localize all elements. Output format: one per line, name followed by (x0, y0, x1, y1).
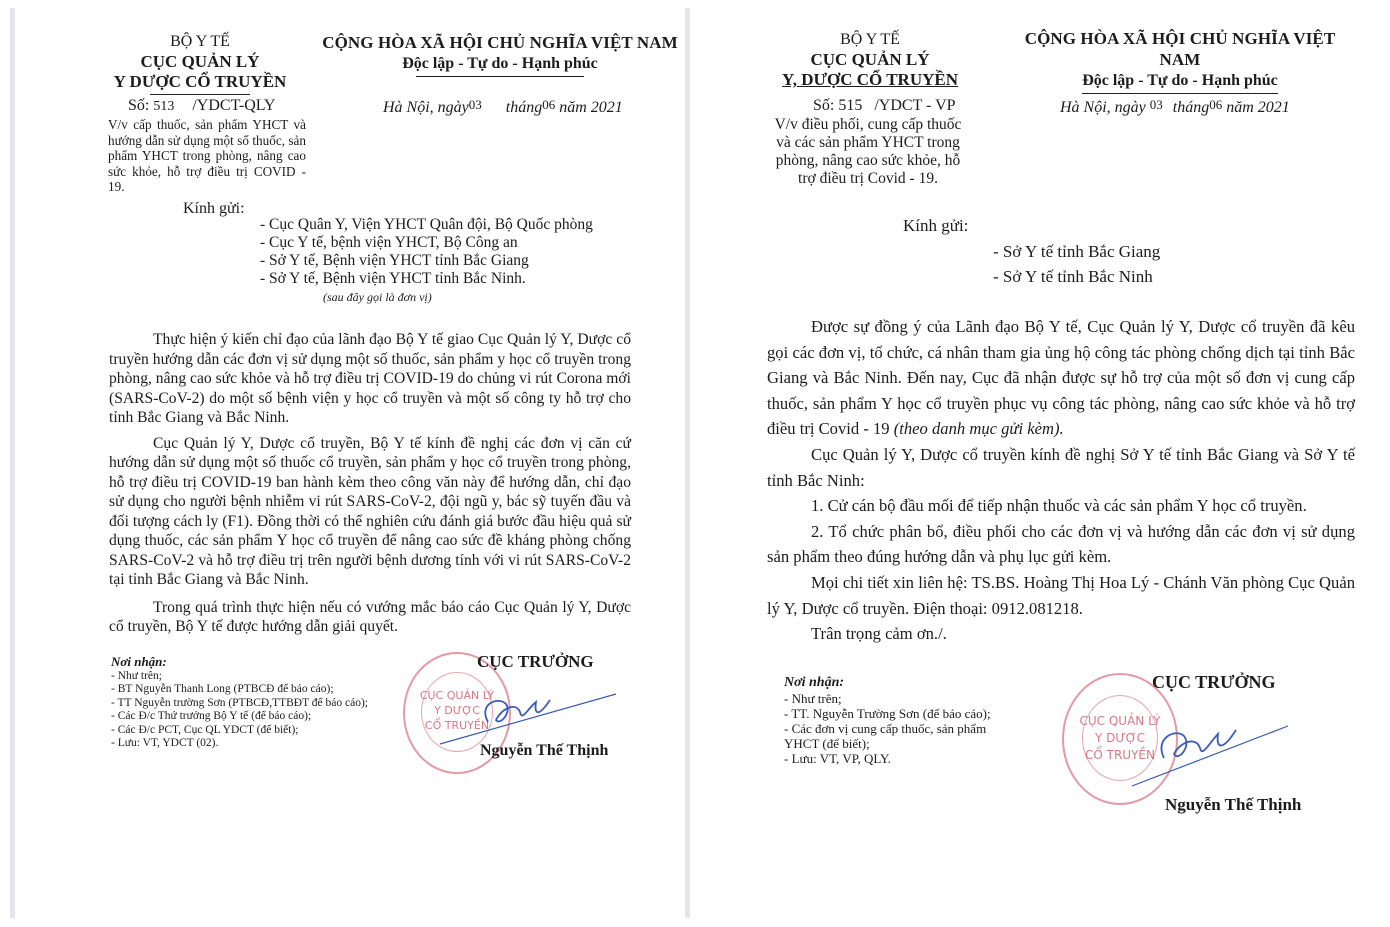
receiver: - Các Đ/c PCT, Cục QL YDCT (để biết); (111, 724, 411, 737)
nation-underline (1082, 93, 1278, 94)
issuing-org: BỘ Y TẾ CỤC QUẢN LÝ Y DƯỢC CỔ TRUYỀN (100, 32, 300, 95)
nation-title: CỘNG HÒA XÃ HỘI CHỦ NGHĨA VIỆT NAM (1005, 28, 1355, 70)
org-department-name: Y DƯỢC CỔ TRUYỀN (100, 72, 300, 92)
receivers-list: - Như trên; - TT. Nguyễn Trường Sơn (để … (784, 691, 1014, 766)
recipient: - Sở Y tế tỉnh Bắc Giang (993, 239, 1160, 264)
handwritten-signature (1102, 712, 1292, 792)
receiver: - BT Nguyễn Thanh Long (PTBCĐ để báo cáo… (111, 683, 411, 696)
receivers-list: - Như trên; - BT Nguyễn Thanh Long (PTBC… (111, 670, 411, 750)
receiver: - Lưu: VT, YDCT (02). (111, 737, 411, 750)
recipient: - Cục Y tế, bệnh viện YHCT, Bộ Công an (260, 234, 593, 252)
recipient: - Sở Y tế, Bệnh viện YHCT tỉnh Bắc Ninh. (260, 270, 593, 288)
nation-motto: Độc lập - Tự do - Hạnh phúc (1005, 70, 1355, 91)
document-513: BỘ Y TẾ CỤC QUẢN LÝ Y DƯỢC CỔ TRUYỀN CỘN… (15, 0, 685, 927)
recipient-list: - Cục Quân Y, Viện YHCT Quân đội, Bộ Quố… (260, 216, 593, 288)
issuing-org: BỘ Y TẾ CỤC QUẢN LÝ Y, DƯỢC CỔ TRUYỀN (760, 30, 980, 90)
national-header: CỘNG HÒA XÃ HỘI CHỦ NGHĨA VIỆT NAM Độc l… (315, 32, 685, 77)
document-515: BỘ Y TẾ CỤC QUẢN LÝ Y, DƯỢC CỔ TRUYỀN CỘ… (690, 0, 1390, 927)
body-paragraph: Mọi chi tiết xin liên hệ: TS.BS. Hoàng T… (767, 570, 1355, 621)
greeting: Kính gửi: (903, 216, 968, 236)
body-paragraph: Cục Quản lý Y, Dược cổ truyền kính đề ng… (767, 442, 1355, 493)
body-closing: Trân trọng cảm ơn./. (767, 621, 1355, 647)
recipient: - Cục Quân Y, Viện YHCT Quân đội, Bộ Quố… (260, 216, 593, 234)
signer-name: Nguyễn Thế Thịnh (1165, 795, 1301, 815)
recipient: - Sở Y tế, Bệnh viện YHCT tỉnh Bắc Giang (260, 252, 593, 270)
body-paragraph: Thực hiện ý kiến chỉ đạo của lãnh đạo Bộ… (109, 330, 631, 428)
signer-title: CỤC TRƯỞNG (1152, 672, 1276, 693)
body-paragraph: Cục Quản lý Y, Dược cổ truyền, Bộ Y tế k… (109, 434, 631, 590)
document-subject: V/v điều phối, cung cấp thuốc và các sản… (768, 116, 968, 188)
body-list-item: 1. Cử cán bộ đầu mối để tiếp nhận thuốc … (767, 493, 1355, 519)
org-underline (150, 94, 250, 95)
receiver: - Như trên; (784, 691, 1014, 706)
body-paragraph: Trong quá trình thực hiện nếu có vướng m… (109, 598, 631, 637)
receivers-title: Nơi nhận: (111, 654, 411, 670)
receiver: - Các Đ/c Thứ trưởng Bộ Y tế (để báo cáo… (111, 710, 411, 723)
org-ministry: BỘ Y TẾ (100, 32, 300, 52)
national-header: CỘNG HÒA XÃ HỘI CHỦ NGHĨA VIỆT NAM Độc l… (1005, 28, 1355, 94)
receivers-block: Nơi nhận: - Như trên; - BT Nguyễn Thanh … (111, 654, 411, 750)
receiver: - TT. Nguyễn Trường Sơn (để báo cáo); (784, 706, 1014, 721)
recipient: - Sở Y tế tỉnh Bắc Ninh (993, 264, 1160, 289)
org-ministry: BỘ Y TẾ (760, 30, 980, 50)
receiver: - Các đơn vị cung cấp thuốc, sản phẩm YH… (784, 721, 1014, 751)
document-number: Số: 513 /YDCT-QLY (128, 97, 275, 115)
body-list-item: 2. Tổ chức phân bổ, điều phối cho các đơ… (767, 519, 1355, 570)
signer-name: Nguyễn Thế Thịnh (480, 742, 608, 760)
document-subject: V/v cấp thuốc, sản phẩm YHCT và hướng dẫ… (108, 117, 306, 195)
receiver: - Lưu: VT, VP, QLY. (784, 751, 1014, 766)
org-department: CỤC QUẢN LÝ (100, 52, 300, 72)
nation-motto: Độc lập - Tự do - Hạnh phúc (315, 53, 685, 74)
greeting: Kính gửi: (183, 200, 245, 218)
signer-title: CỤC TRƯỞNG (477, 652, 594, 672)
document-date: Hà Nội, ngày03 tháng06 năm 2021 (383, 97, 623, 117)
document-body: Được sự đồng ý của Lãnh đạo Bộ Y tế, Cục… (767, 314, 1355, 647)
receivers-title: Nơi nhận: (784, 675, 1014, 691)
document-date: Hà Nội, ngày 03 tháng06 năm 2021 (1060, 97, 1290, 117)
recipients-note: (sau đây gọi là đơn vị) (323, 290, 432, 305)
org-department-name: Y, DƯỢC CỔ TRUYỀN (760, 70, 980, 90)
nation-title: CỘNG HÒA XÃ HỘI CHỦ NGHĨA VIỆT NAM (315, 32, 685, 53)
recipient-list: - Sở Y tế tỉnh Bắc Giang - Sở Y tế tỉnh … (993, 239, 1160, 289)
org-department: CỤC QUẢN LÝ (760, 50, 980, 70)
receivers-block: Nơi nhận: - Như trên; - TT. Nguyễn Trườn… (784, 675, 1014, 766)
nation-underline (416, 76, 584, 77)
document-number: Số: 515 /YDCT - VP (813, 97, 956, 115)
document-body: Thực hiện ý kiến chỉ đạo của lãnh đạo Bộ… (109, 330, 631, 637)
receiver: - Như trên; (111, 670, 411, 683)
body-paragraph: Được sự đồng ý của Lãnh đạo Bộ Y tế, Cục… (767, 314, 1355, 442)
receiver: - TT Nguyễn trường Sơn (PTBCĐ,TTBĐT để b… (111, 697, 411, 710)
